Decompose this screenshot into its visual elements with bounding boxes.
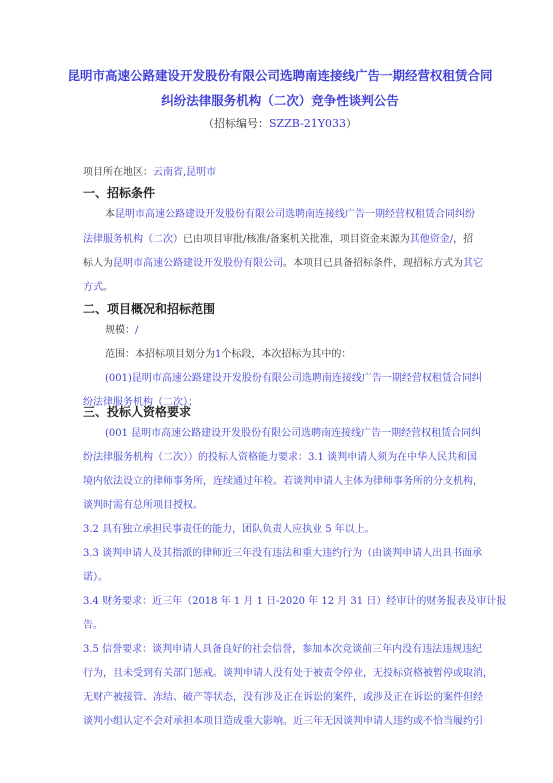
qualification-3-4-line2: 告。 bbox=[83, 619, 103, 633]
qualification-3-2: 3.2 具有独立承担民事责任的能力，团队负责人应执业 5 年以上。 bbox=[83, 523, 375, 537]
scale-line: 规模：/ bbox=[105, 324, 138, 338]
text: ，招 bbox=[453, 234, 473, 245]
text: 已由项目审批/核准/备案机关批准，项目资金来源为 bbox=[183, 234, 410, 245]
text: 。 bbox=[103, 282, 113, 293]
project-region: 项目所在地区：云南省,昆明市 bbox=[83, 166, 216, 180]
lot-line1: (001)昆明市高速公路建设开发股份有限公司选聘南连接线广告一期经营权租赁合同纠 bbox=[105, 372, 482, 386]
qualification-line1: (001 昆明市高速公路建设开发股份有限公司选聘南连接线广告一期经营权租赁合同纠 bbox=[105, 427, 481, 441]
tender-method: 其它 bbox=[463, 258, 483, 269]
document-title-line2: 纠纷法律服务机构（二次）竞争性谈判公告 bbox=[60, 93, 500, 109]
section-heading-1: 一、招标条件 bbox=[83, 185, 155, 201]
section1-para-line3: 标人为昆明市高速公路建设开发股份有限公司。本项目已具备招标条件，现招标方式为其它 bbox=[83, 257, 483, 271]
section1-para-line1: 本昆明市高速公路建设开发股份有限公司选聘南连接线广告一期经营权租赁合同纠纷 bbox=[105, 208, 475, 222]
text: 个标段，本次招标为其中的： bbox=[221, 349, 351, 360]
text: 范围：本招标项目划分为 bbox=[105, 349, 215, 360]
qualification-3-5-line4: 谈判小组认定不会对承担本项目造成重大影响。近三年无因谈判申请人违约或不恰当履约引 bbox=[83, 715, 483, 729]
section-heading-3: 三、投标人资格要求 bbox=[83, 404, 191, 420]
qualification-line3: 境内依法设立的律师事务所，连续通过年检。若谈判申请人主体为律师事务所的分支机构， bbox=[83, 475, 483, 489]
tender-code-value: SZZB-21Y033 bbox=[269, 117, 346, 130]
scale-value: / bbox=[135, 325, 138, 336]
qualification-line2: 纷法律服务机构（二次））的投标人资格能力要求：3.1 谈判申请人须为在中华人民共… bbox=[83, 451, 477, 465]
qualification-3-5-line2: 行为，且未受到有关部门惩戒。谈判申请人没有处于被责令停业，无投标资格被暂停或取消… bbox=[83, 667, 493, 681]
text: 。本项目已具备招标条件，现招标方式为 bbox=[283, 258, 463, 269]
qualification-line4: 谈判时需有总所项目授权。 bbox=[83, 499, 203, 513]
text: 法律服务机构（二次） bbox=[83, 234, 183, 245]
tender-method-cont: 方式 bbox=[83, 282, 103, 293]
scale-label: 规模： bbox=[105, 325, 135, 336]
tender-code-prefix: （招标编号： bbox=[203, 117, 269, 130]
qualification-3-3-line1: 3.3 谈判申请人及其指派的律师近三年没有违法和重大违约行为（由谈判申请人出具书… bbox=[83, 547, 482, 561]
document-page: 昆明市高速公路建设开发股份有限公司选聘南连接线广告一期经营权租赁合同 纠纷法律服… bbox=[0, 0, 553, 783]
qualification-3-5-line3: 无财产被接管、冻结、破产等状态，没有涉及正在诉讼的案件，或涉及正在诉讼的案件但经 bbox=[83, 691, 483, 705]
section1-para-line2: 法律服务机构（二次）已由项目审批/核准/备案机关批准，项目资金来源为其他资金/，… bbox=[83, 233, 473, 247]
region-label: 项目所在地区： bbox=[83, 167, 153, 178]
region-value: 云南省,昆明市 bbox=[153, 167, 216, 178]
qualification-3-4-line1: 3.4 财务要求：近三年（2018 年 1 月 1 日-2020 年 12 月 … bbox=[83, 595, 506, 609]
section-heading-2: 二、项目概况和招标范围 bbox=[83, 301, 215, 317]
document-title-line1: 昆明市高速公路建设开发股份有限公司选聘南连接线广告一期经营权租赁合同 bbox=[60, 68, 500, 84]
tender-code: （招标编号：SZZB-21Y033） bbox=[60, 116, 500, 132]
qualification-3-5-line1: 3.5 信誉要求：谈判申请人具备良好的社会信誉，参加本次竞谈前三年内没有违法违规… bbox=[83, 643, 482, 657]
range-line: 范围：本招标项目划分为1个标段，本次招标为其中的： bbox=[105, 348, 351, 362]
text: 本 bbox=[105, 209, 115, 220]
funding-source: 其他资金/ bbox=[410, 234, 453, 245]
qualification-3-3-line2: 诺）。 bbox=[83, 571, 108, 585]
tenderer-name: 昆明市高速公路建设开发股份有限公司 bbox=[113, 258, 283, 269]
section1-para-line4: 方式。 bbox=[83, 281, 113, 295]
tenderer-project-name: 昆明市高速公路建设开发股份有限公司选聘南连接线广告一期经营权租赁合同纠纷 bbox=[115, 209, 475, 220]
tender-code-suffix: ） bbox=[346, 117, 357, 130]
text: 标人为 bbox=[83, 258, 113, 269]
